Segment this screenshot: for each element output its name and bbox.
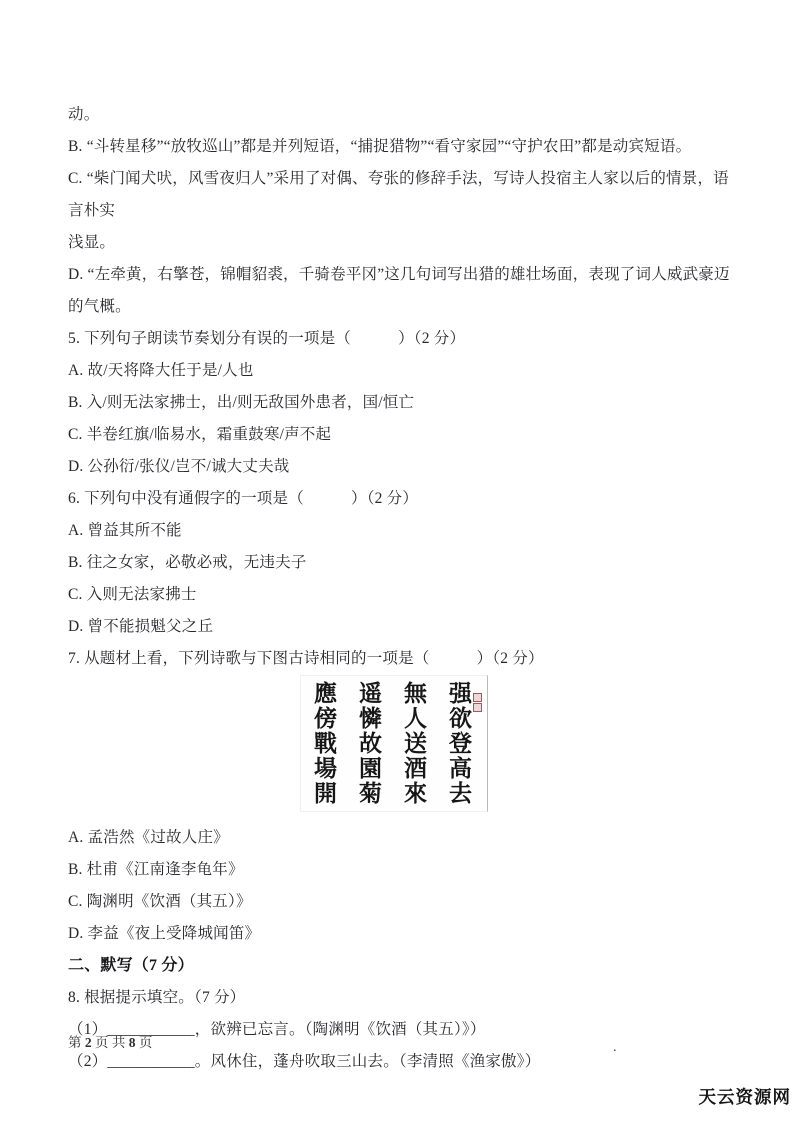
calligraphy-column: 遥憐故園菊 [346,681,391,811]
text-line: A. 故/天将降大任于是/人也 [68,355,740,387]
document-page: 动。B. “斗转星移”“放牧巡山”都是并列短语，“捕捉猎物”“看守家园”“守护农… [0,0,793,1122]
text-line: C. 入则无法家拂士 [68,579,740,611]
text-line: B. 往之女家，必敬必戒，无违夫子 [68,547,740,579]
text-line: B. 入/则无法家拂士，出/则无敌国外患者，国/恒亡 [68,387,740,419]
calligraphy-image: 强欲登高去無人送酒來遥憐故園菊應傍戰場開 [300,675,488,812]
text-line: D. “左牵黄，右擎苍，锦帽貂裘，千骑卷平冈”这几句词写出猎的雄壮场面，表现了词… [68,259,740,323]
text-line: 8. 根据提示填空。（7 分） [68,982,740,1014]
text-line: （1）___________，欲辨已忘言。（陶渊明《饮酒（其五）》） [68,1014,740,1046]
text-line: D. 曾不能损魁父之丘 [68,611,740,643]
text-line: D. 公孙衍/张仪/岂不/诚大丈夫哉 [68,451,740,483]
calligraphy-poem-text: 强欲登高去無人送酒來遥憐故園菊應傍戰場開 [301,676,484,811]
text-line: 7. 从题材上看，下列诗歌与下图古诗相同的一项是（ ）（2 分） [68,643,740,675]
text-line: A. 曾益其所不能 [68,515,740,547]
text-line: A. 孟浩然《过故人庄》 [68,822,740,854]
text-line: B. “斗转星移”“放牧巡山”都是并列短语，“捕捉猎物”“看守家园”“守护农田”… [68,131,740,163]
page-number: 2 [85,1035,92,1050]
calligraphy-column: 無人送酒來 [391,681,436,811]
section-heading: 二、默写（7 分） [68,950,740,982]
text-line: B. 杜甫《江南逢李龟年》 [68,854,740,886]
page-footer: 第 2 页 共 8 页 [68,1034,152,1052]
text-line: 5. 下列句子朗读节奏划分有误的一项是（ ）（2 分） [68,323,740,355]
text-line: C. “柴门闻犬吠，风雪夜归人”采用了对偶、夸张的修辞手法，写诗人投宿主人家以后… [68,163,740,227]
footer-text: 页 [136,1035,153,1050]
footer-text: 第 [68,1035,85,1050]
text-line: C. 陶渊明《饮酒（其五）》 [68,886,740,918]
text-line: 浅显。 [68,227,740,259]
text-line: 6. 下列句中没有通假字的一项是（ ）（2 分） [68,483,740,515]
seal-upper-box [473,693,482,702]
text-line: C. 半卷红旗/临易水，霜重鼓寒/声不起 [68,419,740,451]
watermark: 天云资源网 [699,1084,792,1109]
seal-stamp-icon [473,693,482,712]
page-number: 8 [129,1035,136,1050]
seal-lower-box [473,703,482,712]
text-line: D. 李益《夜上受降城闻笛》 [68,918,740,950]
text-line: （2）___________。风休住，蓬舟吹取三山去。（李清照《渔家傲》） [68,1046,740,1078]
footer-text: 页 共 [92,1035,129,1050]
exam-text-block: 动。B. “斗转星移”“放牧巡山”都是并列短语，“捕捉猎物”“看守家园”“守护农… [68,99,740,1078]
calligraphy-column: 應傍戰場開 [301,681,346,811]
stray-dot-mark: . [613,1040,617,1056]
text-line: 动。 [68,99,740,131]
